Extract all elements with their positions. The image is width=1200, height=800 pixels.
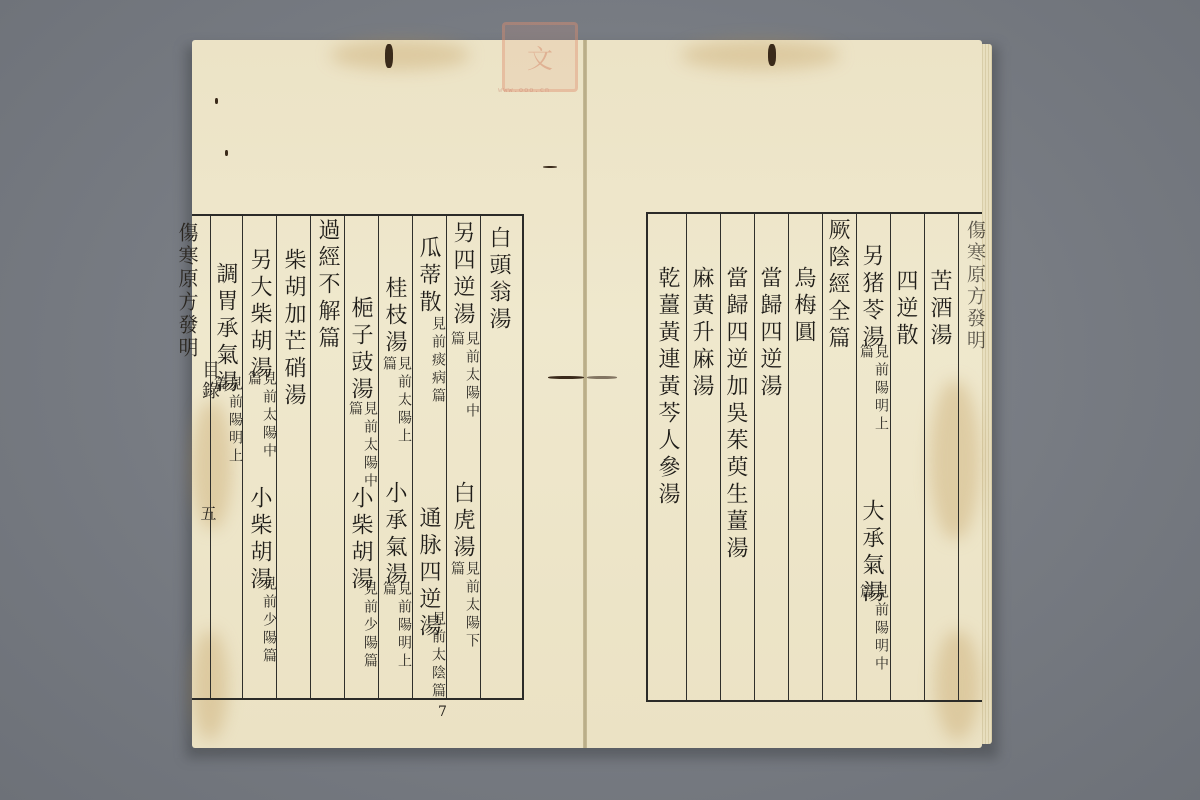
toc-entry: 四逆散	[894, 269, 916, 350]
toc-note: 見前太陽下篇	[447, 561, 479, 651]
toc-entry: 梔子豉湯	[349, 296, 371, 404]
toc-section-heading: 過經不解篇	[316, 218, 338, 353]
toc-note: 見前少陽篇	[244, 576, 276, 666]
right-margin-title: 傷寒原方發明	[962, 220, 989, 352]
page-edges	[982, 44, 992, 744]
wormhole	[225, 150, 228, 156]
column-rule	[924, 214, 925, 700]
column-rule	[754, 214, 755, 700]
toc-note: 見前陽明上篇	[210, 376, 242, 466]
toc-entry: 另猪苓湯	[860, 244, 882, 352]
toc-note: 見前太陽上篇	[379, 356, 411, 446]
toc-entry: 另四逆湯	[451, 221, 473, 329]
toc-note: 見前陽明上篇	[856, 344, 888, 434]
footer-mark: 7	[438, 704, 447, 720]
toc-entry: 烏梅圓	[792, 266, 814, 347]
column-rule	[686, 214, 687, 700]
right-page-frame: 苦酒湯 四逆散 另猪苓湯 見前陽明上篇 大承氣湯 見前陽明中篇 厥陰經全篇 烏梅…	[646, 212, 982, 702]
column-rule	[890, 214, 891, 700]
water-stain	[680, 40, 840, 70]
toc-entry: 另大柴胡湯	[248, 248, 270, 383]
wormhole	[215, 98, 218, 104]
toc-entry: 白頭翁湯	[487, 226, 509, 334]
binding-thread-mark	[768, 44, 776, 66]
toc-entry: 當歸四逆加吳茱萸生薑湯	[724, 266, 746, 563]
wormhole	[543, 166, 557, 168]
toc-note: 見前陽明上篇	[379, 581, 411, 671]
watermark-url: www.ooo.cn	[498, 86, 550, 94]
toc-entry: 乾薑黃連黃芩人參湯	[656, 266, 678, 509]
toc-entry: 桂枝湯	[383, 276, 405, 357]
toc-note: 見前太陽中篇	[447, 331, 479, 421]
toc-section-heading: 厥陰經全篇	[826, 218, 848, 353]
toc-note: 見前太陰篇	[413, 611, 445, 701]
toc-note: 見前太陽中篇	[244, 371, 276, 461]
column-rule	[958, 214, 959, 700]
watermark-seal: 文	[502, 22, 578, 92]
toc-entry: 小承氣湯	[383, 481, 405, 589]
left-page-frame: 白頭翁湯 另四逆湯 見前太陽中篇 白虎湯 見前太陽下篇 瓜蒂散 見前痰病篇 通脉…	[192, 214, 524, 700]
column-rule	[310, 216, 311, 698]
toc-entry: 小柴胡湯	[349, 486, 371, 594]
column-rule	[720, 214, 721, 700]
toc-entry: 當歸四逆湯	[758, 266, 780, 401]
toc-note: 見前陽明中篇	[856, 584, 888, 674]
toc-note: 見前太陽中篇	[345, 401, 377, 491]
toc-entry: 白虎湯	[451, 481, 473, 562]
toc-entry: 麻黃升麻湯	[690, 266, 712, 401]
watermark-glyph: 文	[527, 39, 553, 76]
toc-entry: 柴胡加芒硝湯	[282, 248, 304, 410]
binding-thread-mark	[548, 376, 584, 379]
column-rule	[788, 214, 789, 700]
book-spine	[583, 40, 587, 748]
toc-entry: 苦酒湯	[928, 269, 950, 350]
column-rule	[480, 216, 481, 698]
water-stain	[330, 40, 470, 70]
column-rule	[822, 214, 823, 700]
binding-thread-mark	[385, 44, 393, 68]
toc-entry: 瓜蒂散	[417, 236, 439, 317]
binding-thread-mark	[587, 376, 617, 379]
toc-note: 見前痰病篇	[413, 316, 445, 406]
toc-note: 見前少陽篇	[345, 581, 377, 671]
